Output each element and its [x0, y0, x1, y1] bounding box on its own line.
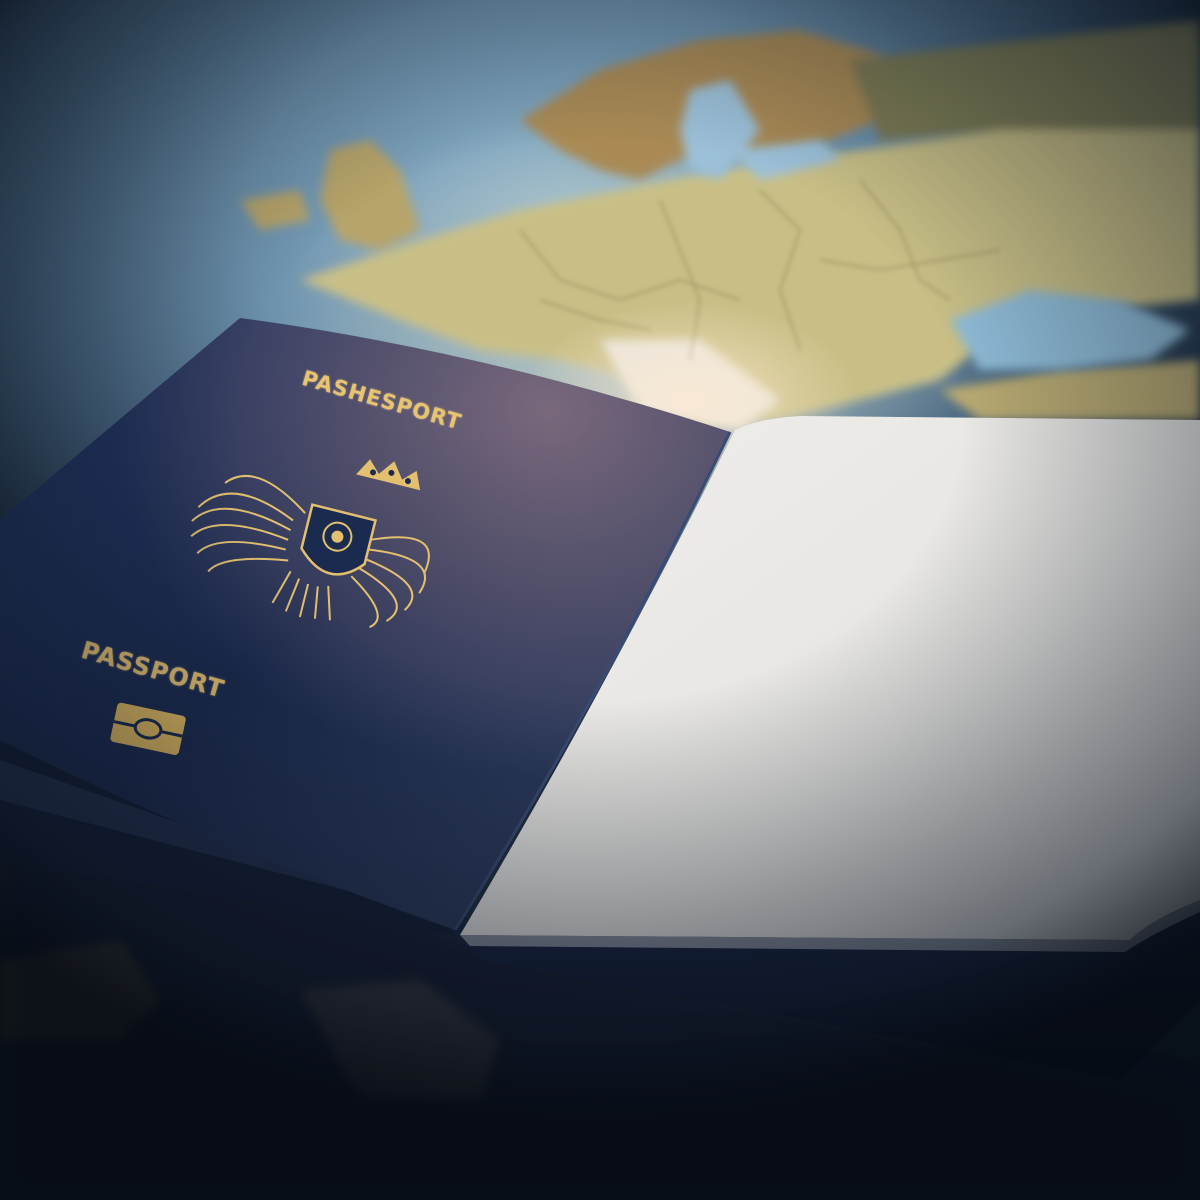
passport	[0, 0, 1200, 1200]
passport-photo-scene: PASHESPORT PASSPORT	[0, 0, 1200, 1200]
